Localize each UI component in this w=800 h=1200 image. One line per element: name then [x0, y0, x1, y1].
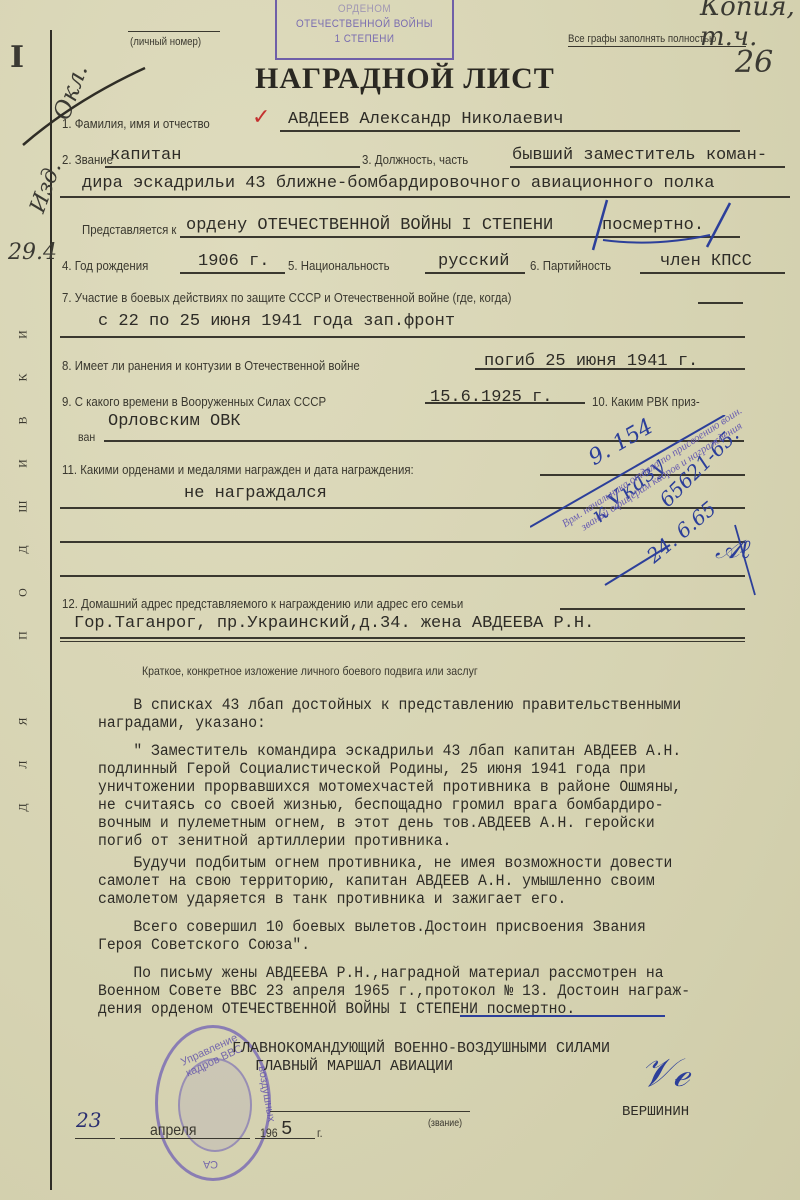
- margin-letter: Д: [16, 801, 31, 815]
- field-10-label: 10. Каким РВК приз-: [592, 394, 700, 409]
- field-9-label: 9. С какого времени в Вооруженных Силах …: [62, 394, 326, 409]
- summary-paragraph-4: Всего совершил 10 боевых вылетов.Достоин…: [98, 918, 754, 954]
- signatory-position-1: ГЛАВНОКОМАНДУЮЩИЙ ВОЕННО-ВОЗДУШНЫМИ СИЛА…: [232, 1040, 610, 1057]
- field-6-value: член КПСС: [660, 252, 752, 271]
- date-year-suffix: 5: [281, 1118, 292, 1140]
- field-8-label: 8. Имеет ли ранения и контузии в Отечест…: [62, 358, 360, 373]
- field-10-label-cont: ван: [78, 430, 95, 444]
- field-1-value: АВДЕЕВ Александр Николаевич: [288, 110, 563, 129]
- rank-caption: (звание): [428, 1118, 462, 1129]
- summary-paragraph-3: Будучи подбитым огнем противника, не име…: [98, 854, 754, 908]
- field-3-value: бывший заместитель коман-: [512, 146, 767, 165]
- margin-letter: Ш: [16, 500, 31, 514]
- document-title: НАГРАДНОЙ ЛИСТ: [255, 62, 555, 96]
- field-1-label: 1. Фамилия, имя и отчество: [62, 116, 210, 131]
- fill-all-note: Все графы заполнять полностью: [568, 33, 716, 45]
- margin-letter: О: [16, 586, 31, 600]
- field-4-label: 4. Год рождения: [62, 258, 148, 273]
- signature-handwritten: 𝒱ℯ: [640, 1050, 689, 1096]
- field-7-label: 7. Участие в боевых действиях по защите …: [62, 290, 511, 305]
- summary-paragraph-1: В списках 43 лбап достойных к представле…: [98, 696, 754, 732]
- blue-underline: [460, 1015, 665, 1017]
- field-12-line-c: [60, 641, 745, 642]
- margin-handwriting-2: Изд.: [25, 159, 66, 217]
- presented-value: ордену ОТЕЧЕСТВЕННОЙ ВОЙНЫ I СТЕПЕНИ: [186, 216, 553, 235]
- field-7-value: с 22 по 25 июня 1941 года зап.фронт: [98, 312, 455, 331]
- margin-handwriting-date: 29.4: [8, 240, 57, 265]
- presented-label: Представляется к: [82, 222, 176, 237]
- margin-letter: Д: [16, 543, 31, 557]
- field-4-line: [180, 272, 285, 274]
- official-initials-signature: 𝒜ℓ: [715, 535, 750, 566]
- date-g: г.: [317, 1126, 323, 1140]
- field-2-value: капитан: [110, 146, 181, 165]
- margin-letter: В: [16, 414, 31, 428]
- field-1-line: [280, 130, 740, 132]
- margin-letter: К: [16, 371, 31, 385]
- margin-letter: Я: [16, 715, 31, 729]
- personal-number-label: (личный номер): [130, 36, 201, 48]
- field-2-label: 2. Звание: [62, 152, 113, 167]
- signatory-position-2: ГЛАВНЫЙ МАРШАЛ АВИАЦИИ: [255, 1058, 453, 1075]
- date-day-line: [75, 1138, 115, 1139]
- date-day: 23: [76, 1108, 101, 1132]
- personal-number-line: [128, 31, 220, 32]
- field-8-line: [475, 368, 745, 370]
- field-12-line-b: [60, 637, 745, 639]
- blue-pen-brackets: [585, 195, 745, 255]
- field-3-line: [510, 166, 785, 168]
- field-3-label: 3. Должность, часть: [362, 152, 468, 167]
- summary-heading: Краткое, конкретное изложение личного бо…: [142, 664, 478, 678]
- field-3-value-cont: дира эскадрильи 43 ближне-бомбардировочн…: [82, 174, 715, 193]
- field-12-line-a: [560, 608, 745, 610]
- margin-slash-stroke: [15, 60, 155, 160]
- field-9-value: 15.6.1925 г.: [430, 388, 552, 407]
- date-month-line: [120, 1138, 250, 1139]
- field-6-line: [640, 272, 785, 274]
- field-12-value: Гор.Таганрог, пр.Украинский,д.34. жена А…: [74, 614, 594, 633]
- award-stamp: ОРДЕНОМ ОТЕЧЕСТВЕННОЙ ВОЙНЫ 1 СТЕПЕНИ: [275, 0, 454, 60]
- field-7-line-b: [60, 336, 745, 338]
- field-11-value: не награждался: [184, 484, 327, 503]
- summary-paragraph-5: По письму жены АВДЕЕВА Р.Н.,наградной ма…: [98, 964, 754, 1018]
- signatory-name: ВЕРШИНИН: [622, 1104, 689, 1120]
- red-checkmark-icon: ✓: [252, 104, 270, 130]
- field-7-line-a: [698, 302, 743, 304]
- field-12-label: 12. Домашний адрес представляемого к наг…: [62, 596, 463, 611]
- margin-letter: И: [16, 457, 31, 471]
- field-2-line: [105, 166, 360, 168]
- field-5-label: 5. Национальность: [288, 258, 390, 273]
- summary-paragraph-2: " Заместитель командира эскадрильи 43 лб…: [98, 742, 754, 850]
- field-5-line: [425, 272, 525, 274]
- margin-letter: П: [16, 629, 31, 643]
- field-6-label: 6. Партийность: [530, 258, 611, 273]
- field-11-label: 11. Какими орденами и медалями награжден…: [62, 462, 414, 477]
- field-5-value: русский: [438, 252, 509, 271]
- rank-line: [270, 1111, 470, 1112]
- field-10-value: Орловским ОВК: [108, 412, 241, 431]
- page-number: 26: [735, 45, 773, 80]
- field-9-line: [425, 402, 585, 404]
- field-4-value: 1906 г.: [198, 252, 269, 271]
- date-year-line: [255, 1138, 315, 1139]
- margin-letter: И: [16, 328, 31, 342]
- margin-letter: Л: [16, 758, 31, 772]
